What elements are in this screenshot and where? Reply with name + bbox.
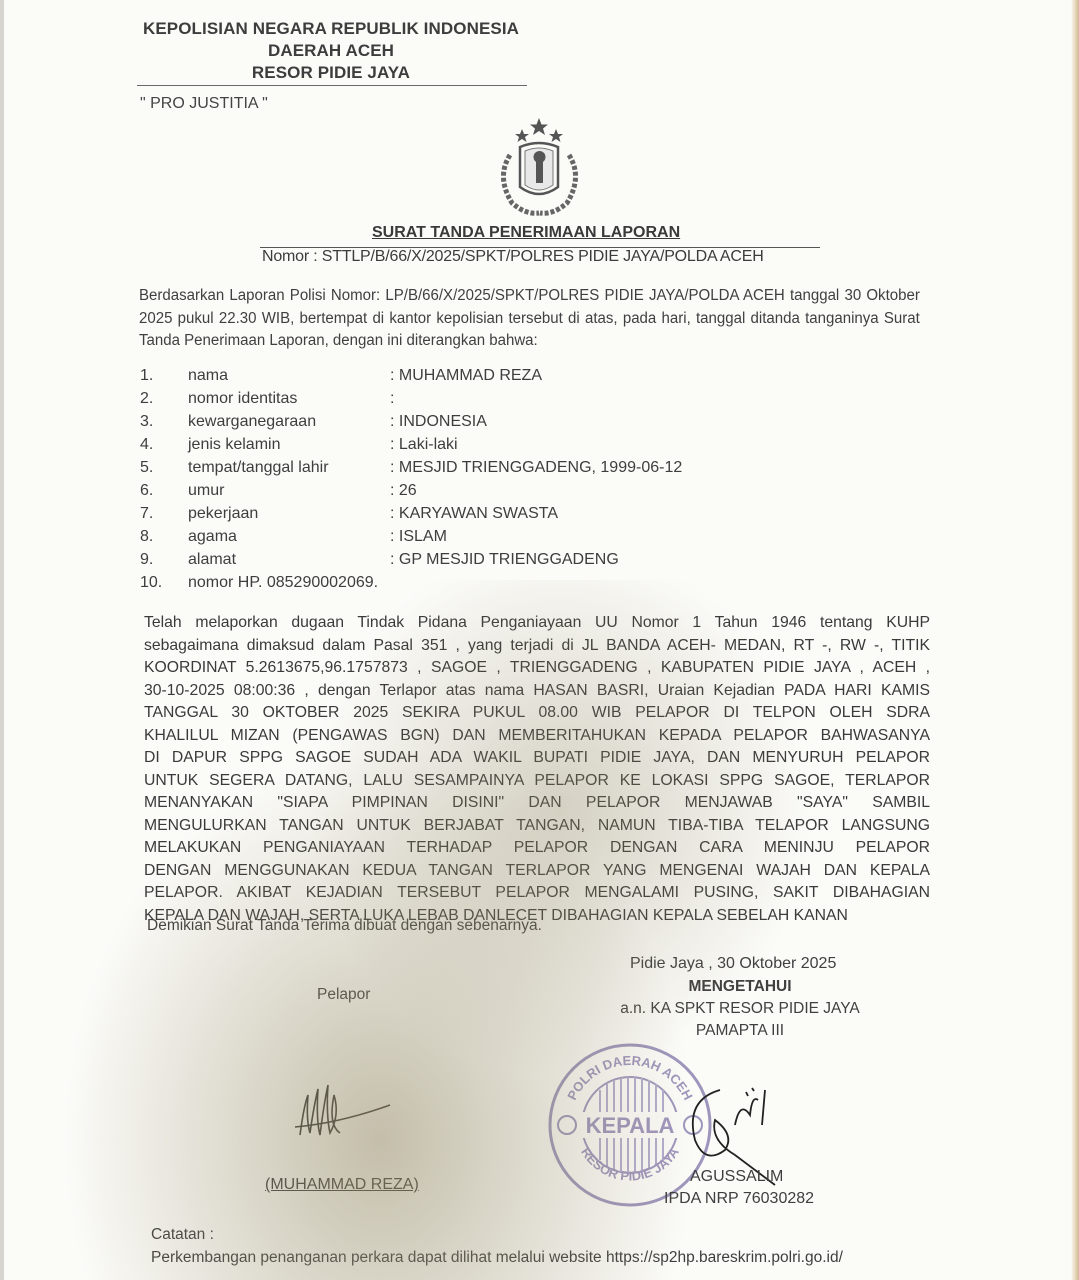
field-number: 8.: [140, 528, 153, 546]
report-line: DI DAPUR SPPG SAGOE SUDAH ADA WAKIL BUPA…: [144, 747, 930, 770]
tracking-note: Perkembangan penanganan perkara dapat di…: [151, 1249, 843, 1267]
field-row: 2.nomor identitas:: [140, 390, 840, 413]
field-label: nomor identitas: [188, 390, 297, 408]
field-value: : MESJID TRIENGGADENG, 1999-06-12: [390, 459, 682, 477]
field-number: 7.: [140, 505, 153, 523]
header-line-1: KEPOLISIAN NEGARA REPUBLIK INDONESIA: [138, 19, 524, 39]
field-row: 6.umur: 26: [140, 482, 840, 505]
paper-edge-right: [1071, 0, 1079, 1280]
svg-text:RESOR PIDIE JAYA: RESOR PIDIE JAYA: [578, 1144, 682, 1183]
field-number: 4.: [140, 436, 153, 454]
field-label: tempat/tanggal lahir: [188, 459, 329, 477]
field-number: 2.: [140, 390, 153, 408]
field-value: : INDONESIA: [390, 413, 487, 431]
report-line: MENANYAKAN "SIAPA PIMPINAN DISINI" DAN P…: [144, 792, 930, 815]
officer-nrp: IPDA NRP 76030282: [664, 1190, 814, 1208]
field-row: 5.tempat/tanggal lahir: MESJID TRIENGGAD…: [140, 459, 840, 482]
report-line: sebagaimana dimaksud dalam Pasal 351 , y…: [144, 635, 930, 658]
paper-edge-left: [0, 0, 4, 1280]
field-row: 8.agama: ISLAM: [140, 528, 840, 551]
field-value: : Laki-laki: [390, 436, 458, 454]
field-label: pekerjaan: [188, 505, 258, 523]
field-number: 5.: [140, 459, 153, 477]
report-line: MELAKUKAN PENGANIAYAAN TERHADAP PELAPOR …: [144, 837, 930, 860]
report-line: DENGAN MENGGUNAKAN KEDUA TANGAN TERLAPOR…: [144, 860, 930, 883]
report-line: UNTUK SEGERA DATANG, LALU SESAMPAINYA PE…: [144, 770, 930, 793]
report-line: KOORDINAT 5.2613675,96.1757873 , SAGOE ,…: [144, 657, 930, 680]
field-value: : MUHAMMAD REZA: [390, 367, 542, 385]
report-line: 30-10-2025 08:00:36 , dengan Terlapor at…: [144, 680, 930, 703]
field-row: 9.alamat: GP MESJID TRIENGGADENG: [140, 551, 840, 574]
pelapor-signature-icon: [290, 1075, 400, 1145]
field-row: 7.pekerjaan: KARYAWAN SWASTA: [140, 505, 840, 528]
header-line-2: DAERAH ACEH: [138, 41, 524, 61]
mengetahui-label: MENGETAHUI: [600, 976, 880, 998]
field-value: : GP MESJID TRIENGGADENG: [390, 551, 619, 569]
field-label: agama: [188, 528, 237, 546]
report-line: Telah melaporkan dugaan Tindak Pidana Pe…: [144, 612, 930, 635]
field-label: nomor HP. 085290002069.: [188, 574, 378, 592]
field-value: : ISLAM: [390, 528, 447, 546]
document-number: Nomor : STTLP/B/66/X/2025/SPKT/POLRES PI…: [262, 248, 764, 266]
header-line-3: RESOR PIDIE JAYA: [138, 63, 524, 83]
field-row: 4.jenis kelamin: Laki-laki: [140, 436, 840, 459]
report-line: KHALILUL MIZAN (PENGAWAS BGN) DAN MEMBER…: [144, 725, 930, 748]
field-number: 6.: [140, 482, 153, 500]
reporter-details: 1.nama: MUHAMMAD REZA2.nomor identitas:3…: [140, 367, 840, 597]
intro-paragraph: Berdasarkan Laporan Polisi Nomor: LP/B/6…: [139, 285, 920, 353]
report-line: TANGGAL 30 OKTOBER 2025 SEKIRA PUKUL 08.…: [144, 702, 930, 725]
field-label: alamat: [188, 551, 236, 569]
field-number: 10.: [140, 574, 162, 592]
field-row: 10.nomor HP. 085290002069.: [140, 574, 840, 597]
report-description: Telah melaporkan dugaan Tindak Pidana Pe…: [144, 612, 930, 927]
field-row: 1.nama: MUHAMMAD REZA: [140, 367, 840, 390]
officer-name: AGUSSALIM: [690, 1168, 783, 1186]
field-value: :: [390, 390, 394, 408]
closing-statement: Demikian Surat Tanda Terima dibuat denga…: [147, 917, 542, 935]
report-line: PELAPOR. AKIBAT KEJADIAN TERSEBUT PELAPO…: [144, 882, 930, 905]
field-value: : 26: [390, 482, 417, 500]
header-divider: [137, 85, 527, 86]
officer-signature-block: MENGETAHUI a.n. KA SPKT RESOR PIDIE JAYA…: [600, 976, 880, 1042]
field-label: umur: [188, 482, 224, 500]
place-date: Pidie Jaya , 30 Oktober 2025: [630, 955, 836, 973]
field-number: 3.: [140, 413, 153, 431]
document-title: SURAT TANDA PENERIMAAN LAPORAN: [372, 224, 680, 242]
pelapor-name: (MUHAMMAD REZA): [265, 1176, 419, 1194]
pelapor-label: Pelapor: [317, 986, 370, 1004]
field-row: 3.kewarganegaraan: INDONESIA: [140, 413, 840, 436]
field-number: 1.: [140, 367, 153, 385]
field-value: : KARYAWAN SWASTA: [390, 505, 558, 523]
catatan-label: Catatan :: [151, 1226, 214, 1244]
field-number: 9.: [140, 551, 153, 569]
field-label: nama: [188, 367, 228, 385]
on-behalf-label: a.n. KA SPKT RESOR PIDIE JAYA: [600, 998, 880, 1020]
svg-text:KEPALA: KEPALA: [586, 1113, 675, 1138]
position-label: PAMAPTA III: [600, 1020, 880, 1042]
field-label: kewarganegaraan: [188, 413, 316, 431]
field-label: jenis kelamin: [188, 436, 280, 454]
report-line: MENGULURKAN TANGAN UNTUK BERJABAT TANGAN…: [144, 815, 930, 838]
polri-emblem-icon: [482, 115, 597, 225]
pro-justitia: " PRO JUSTITIA ": [140, 95, 268, 113]
